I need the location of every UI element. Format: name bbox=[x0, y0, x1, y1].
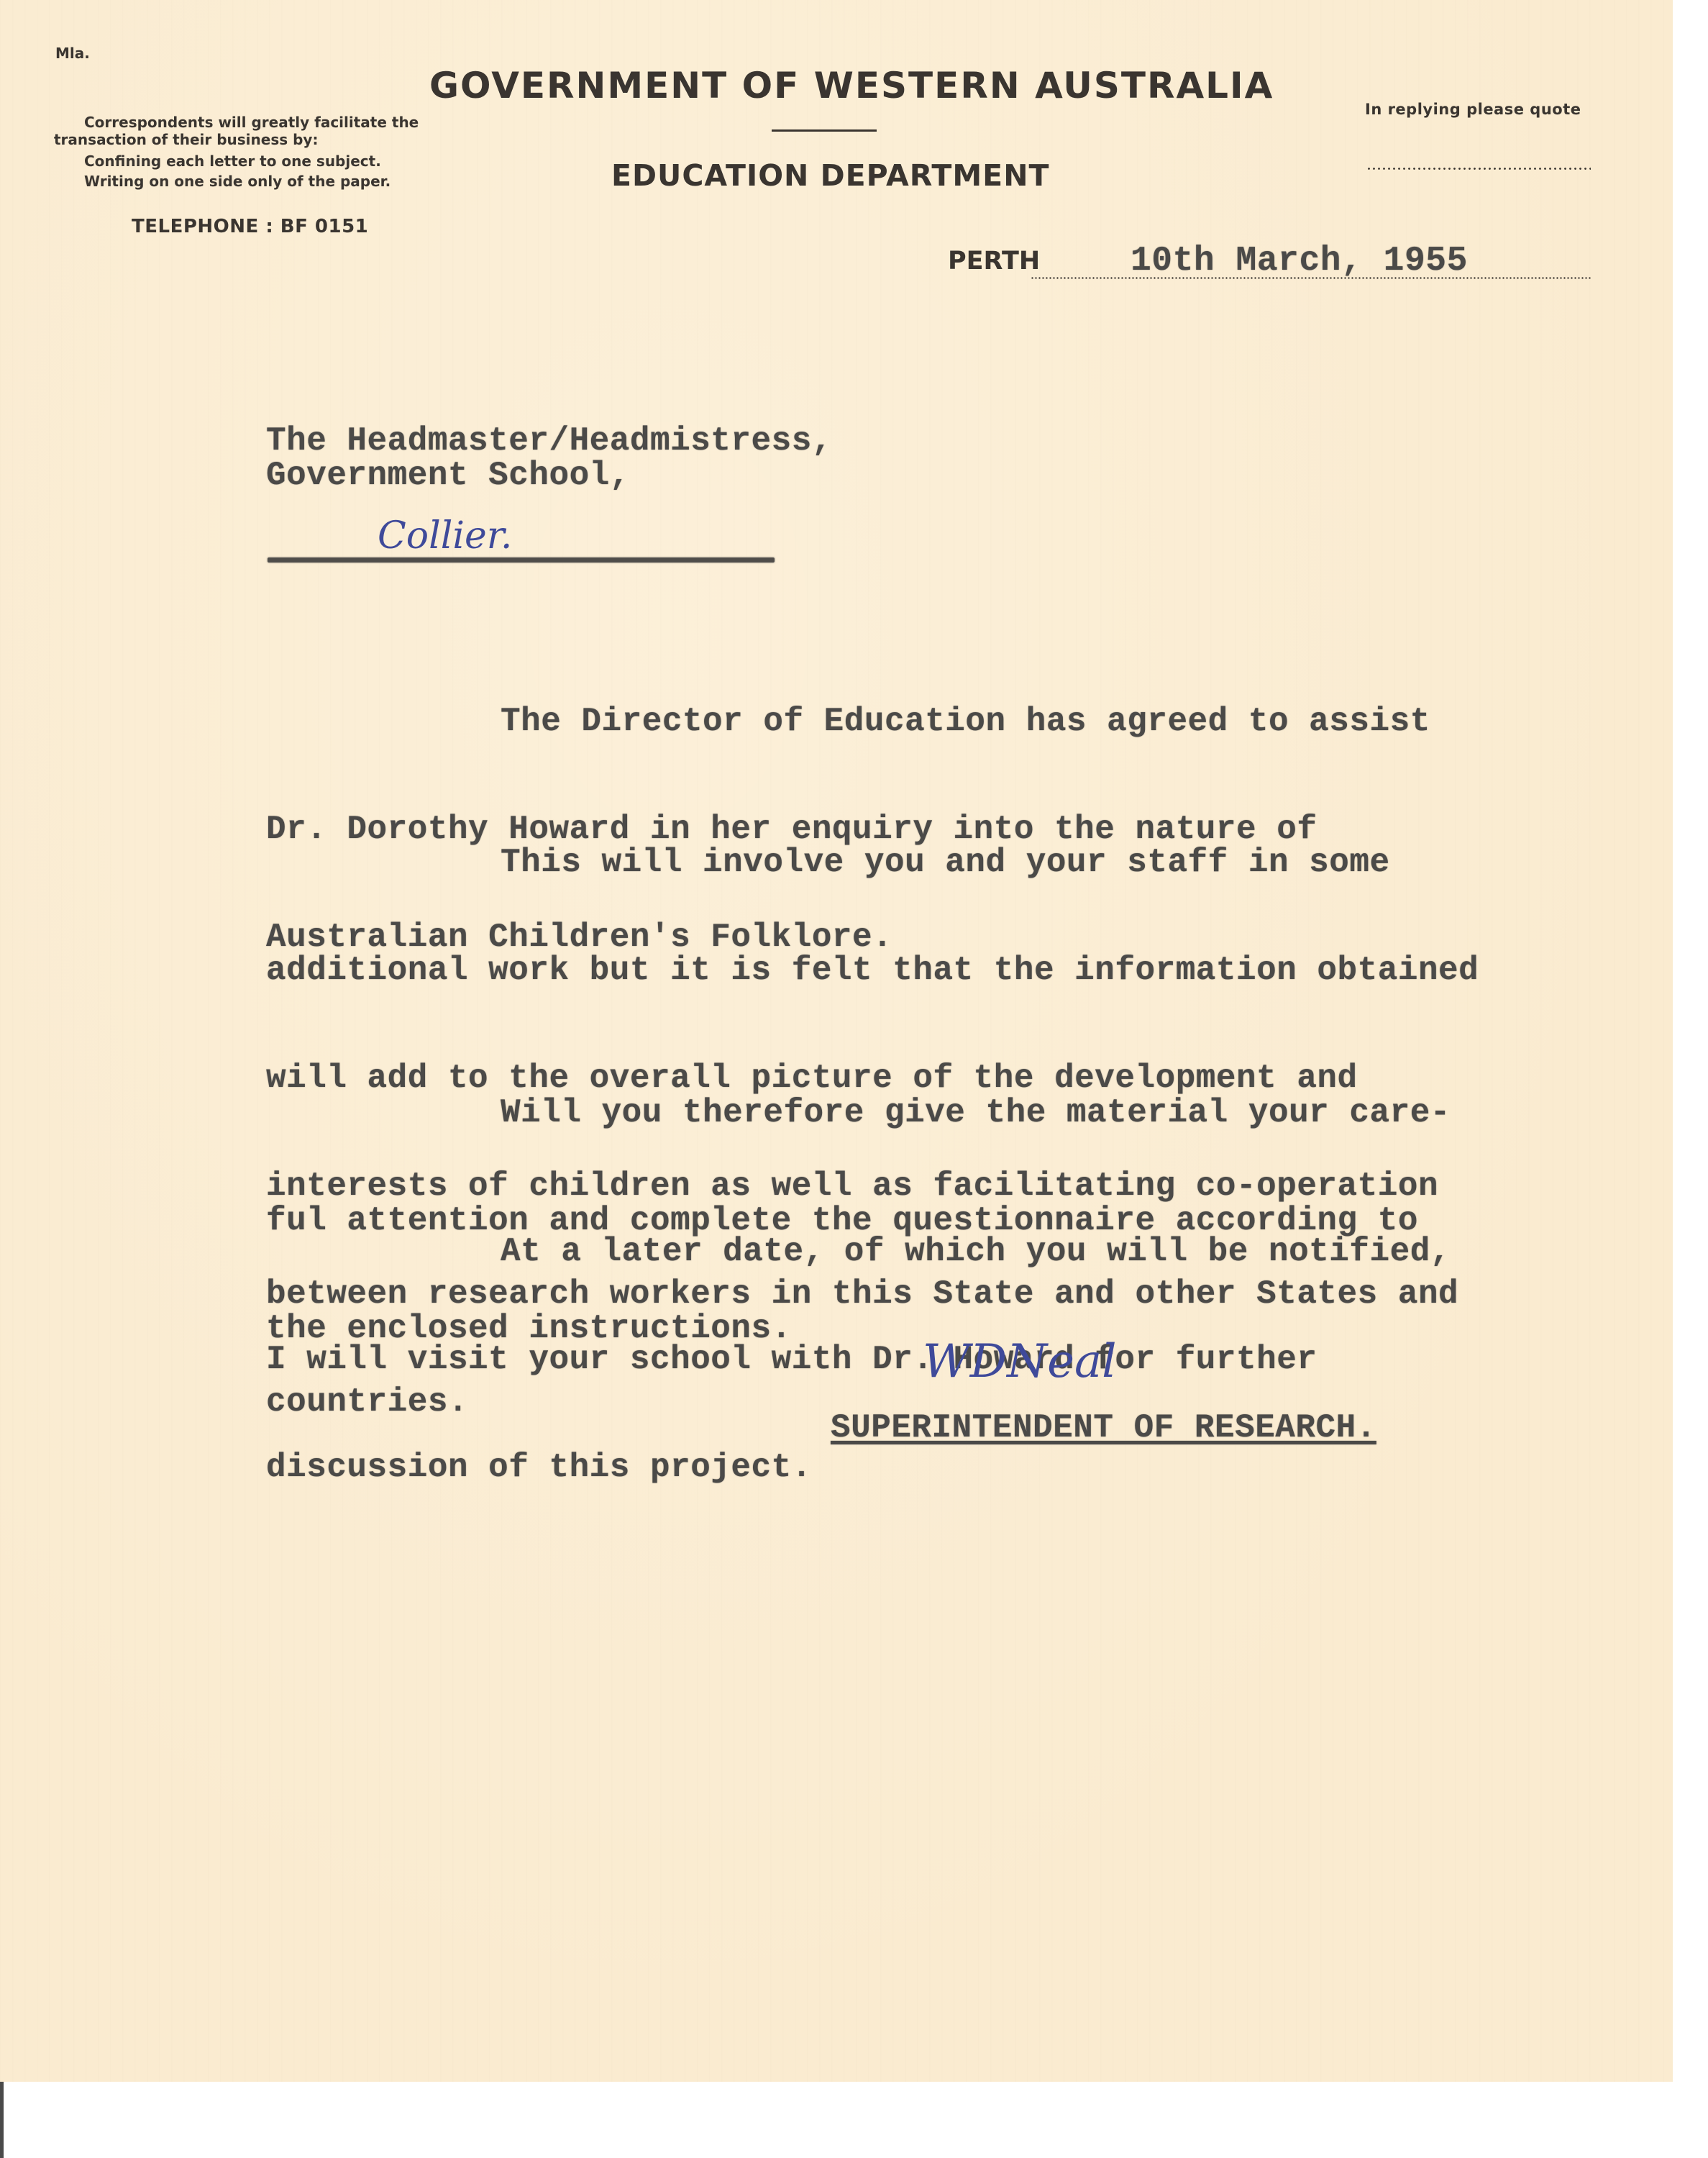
place-label: PERTH bbox=[948, 247, 1040, 276]
notice-line: Correspondents will greatly facilitate t… bbox=[41, 114, 419, 131]
paragraph-line: I will visit your school with Dr. Howard… bbox=[266, 1342, 1451, 1378]
notice-line: Confining each letter to one subject. bbox=[41, 152, 419, 170]
telephone-number: TELEPHONE : BF 0151 bbox=[132, 216, 368, 237]
paragraph-line: Will you therefore give the material you… bbox=[266, 1095, 1451, 1131]
addressee-line-2: Government School, bbox=[266, 457, 630, 493]
paragraph-line: discussion of this project. bbox=[266, 1449, 1451, 1485]
reply-quote-label: In replying please quote bbox=[1365, 101, 1581, 118]
scanned-letter-page: Mla. GOVERNMENT OF WESTERN AUSTRALIA EDU… bbox=[0, 0, 1708, 2158]
paragraph-line: The Director of Education has agreed to … bbox=[266, 704, 1430, 739]
addressee-line-1: The Headmaster/Headmistress, bbox=[266, 423, 832, 459]
addressee-underline bbox=[268, 557, 775, 563]
handwritten-school-name: Collier. bbox=[378, 514, 512, 557]
reference-code: Mla. bbox=[55, 45, 90, 62]
correspondence-notice: Correspondents will greatly facilitate t… bbox=[41, 114, 419, 190]
department-title: EDUCATION DEPARTMENT bbox=[611, 158, 1049, 193]
paragraph-line: This will involve you and your staff in … bbox=[266, 844, 1479, 880]
letter-paper: Mla. GOVERNMENT OF WESTERN AUSTRALIA EDU… bbox=[0, 0, 1673, 2082]
paragraph-line: At a later date, of which you will be no… bbox=[266, 1234, 1451, 1270]
handwritten-signature: WDNeal bbox=[923, 1335, 1117, 1388]
title-divider bbox=[772, 129, 877, 132]
scan-edge-strip bbox=[0, 2082, 4, 2158]
body-paragraph-4: At a later date, of which you will be no… bbox=[266, 1162, 1451, 1557]
notice-line: Writing on one side only of the paper. bbox=[41, 173, 419, 190]
government-title: GOVERNMENT OF WESTERN AUSTRALIA bbox=[429, 65, 1274, 106]
signatory-title: SUPERINTENDENT OF RESEARCH. bbox=[831, 1410, 1376, 1446]
notice-line: transaction of their business by: bbox=[41, 131, 419, 148]
paragraph-line: additional work but it is felt that the … bbox=[266, 952, 1479, 988]
letter-date: 10th March, 1955 bbox=[1131, 243, 1468, 279]
reply-reference-dotted-line bbox=[1366, 168, 1591, 170]
